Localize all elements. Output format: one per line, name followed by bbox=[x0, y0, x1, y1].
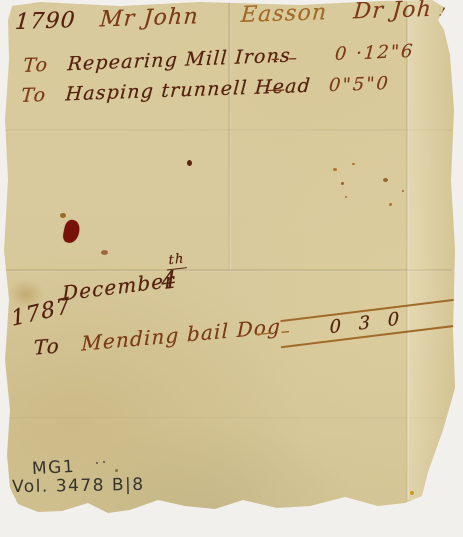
rust-speck bbox=[383, 178, 388, 182]
month: December bbox=[62, 268, 176, 306]
horizontal-crease-upper bbox=[2, 129, 452, 132]
item-description: Repearing Mill Irons bbox=[67, 45, 292, 76]
ledger-item-trunnell-head: To Hasping trunnell Head — 0"5"0 bbox=[16, 70, 449, 107]
yellow-speck bbox=[410, 491, 414, 495]
item-dashes: – – bbox=[270, 47, 299, 69]
customer-salutation: Mr John bbox=[99, 4, 200, 32]
wax-stain bbox=[62, 219, 81, 245]
ink-spot bbox=[187, 160, 192, 166]
item-prefix: To bbox=[34, 333, 61, 359]
rust-speck bbox=[389, 203, 392, 206]
item-prefix: To bbox=[20, 84, 47, 107]
rust-speck bbox=[352, 163, 355, 165]
item-amount-underlined: 0 3 0 bbox=[281, 299, 455, 348]
horizontal-crease-lower bbox=[4, 417, 444, 420]
item-amount: 0 ·12"6 bbox=[334, 41, 415, 65]
rust-speck bbox=[333, 168, 337, 171]
item-dashes: — bbox=[266, 79, 287, 101]
debit-note: Dr Joh Long bbox=[353, 0, 463, 24]
rust-speck bbox=[341, 182, 344, 185]
vertical-fold-center bbox=[228, 2, 231, 270]
ledger-header-1790: 1790 Mr John Easson Dr Joh Long bbox=[12, 0, 454, 35]
paper-sheet: 1790 Mr John Easson Dr Joh Long To Repea… bbox=[0, 0, 463, 537]
archival-reference: MG1 Vol. 3478 B|8 bbox=[12, 456, 172, 506]
archival-volume-number: Vol. 3478 B|8 bbox=[12, 475, 145, 497]
stain-speck bbox=[60, 213, 66, 218]
day-ordinal-suffix: th bbox=[166, 251, 186, 270]
rust-speck bbox=[402, 190, 404, 192]
item-amount: 0"5"0 bbox=[328, 73, 390, 96]
stain-speck bbox=[101, 250, 108, 255]
item-prefix: To bbox=[23, 54, 49, 77]
rust-speck bbox=[345, 196, 347, 198]
customer-surname: Easson bbox=[240, 0, 328, 28]
year-1790: 1790 bbox=[14, 8, 77, 35]
